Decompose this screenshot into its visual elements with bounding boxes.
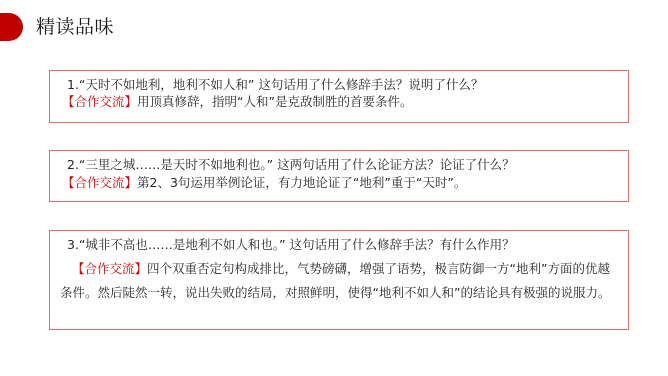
discussion-tag: 【合作交流】 — [62, 94, 137, 109]
title-accent-pill — [0, 13, 23, 41]
question-card-2: 2.“三里之城……是天时不如地利也。” 这两句话用了什么论证方法？论证了什么？ … — [49, 150, 629, 202]
discussion-tag: 【合作交流】 — [62, 175, 137, 190]
answer-text: 第2、3句运用举例论证，有力地论证了“地利”重于“天时”。 — [137, 175, 466, 190]
answer-text: 用顶真修辞，指明“人和”是克敌制胜的首要条件。 — [137, 94, 412, 109]
answer-block: 【合作交流】四个双重否定句构成排比，气势磅礴，增强了语势，极言防御一方“地利”方… — [60, 257, 614, 305]
discussion-tag: 【合作交流】 — [72, 261, 147, 276]
question-text: 3.“城非不高也……是地利不如人和也。” 这句话用了什么修辞手法？有什么作用？ — [67, 237, 515, 253]
page-title: 精读品味 — [36, 14, 114, 40]
question-card-1: 1.“天时不如地利，地利不如人和” 这句话用了什么修辞手法？说明了什么？ 【合作… — [49, 70, 629, 123]
question-card-3: 3.“城非不高也……是地利不如人和也。” 这句话用了什么修辞手法？有什么作用？ … — [49, 230, 629, 330]
answer-block: 【合作交流】用顶真修辞，指明“人和”是克敌制胜的首要条件。 — [62, 90, 614, 114]
answer-block: 【合作交流】第2、3句运用举例论证，有力地论证了“地利”重于“天时”。 — [62, 171, 614, 195]
